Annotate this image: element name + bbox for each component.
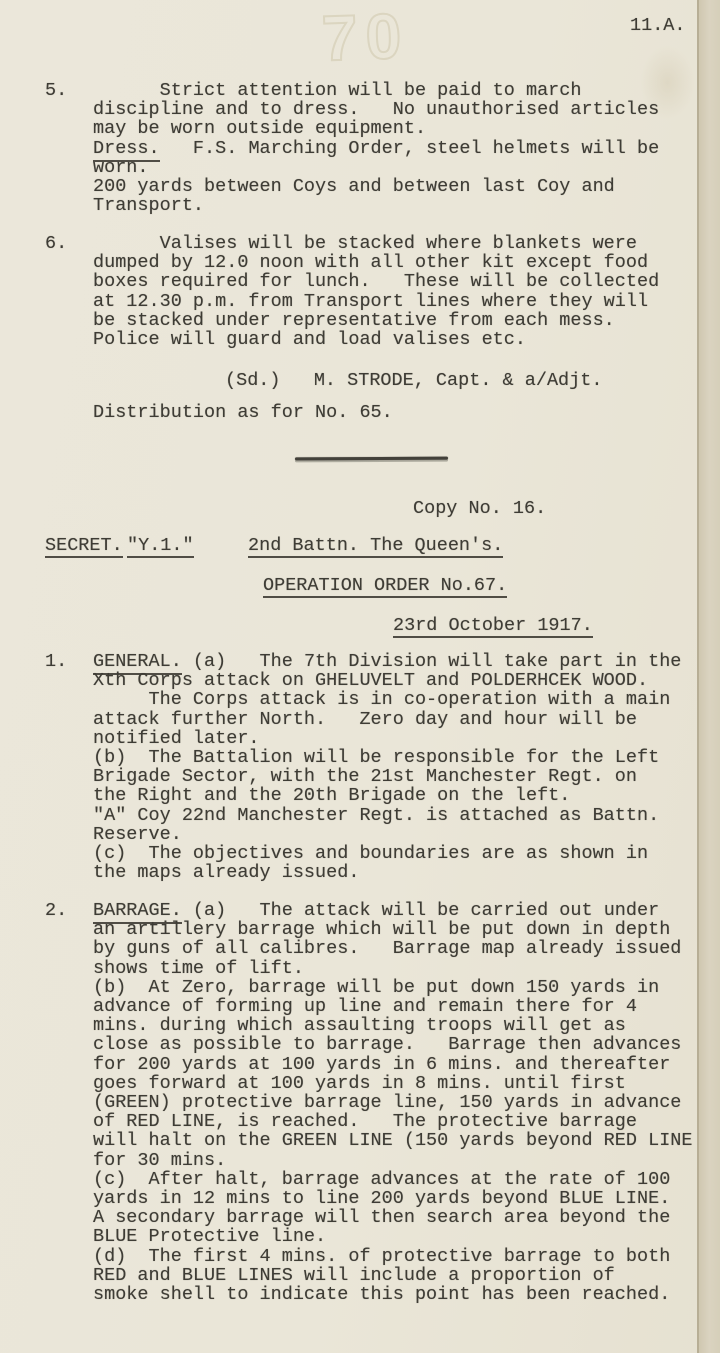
copy-number: Copy No. 16. <box>413 499 546 518</box>
paragraph-1-number: 1. <box>45 652 67 671</box>
embossed-watermark: 70 <box>321 0 411 75</box>
page-ref: 11.A. <box>630 16 686 35</box>
paragraph-5-body: Strict attention will be paid to march d… <box>93 81 659 215</box>
paragraph-1-text: (a) The 7th Division will take part in t… <box>93 651 681 883</box>
paragraph-6-body: Valises will be stacked where blankets w… <box>93 234 659 349</box>
paragraph-6-number: 6. <box>45 234 67 253</box>
paragraph-5-text-pre: Strict attention will be paid to march d… <box>93 80 659 139</box>
order-code-word: "Y.1." <box>127 536 194 558</box>
section-divider <box>295 457 448 461</box>
unit-title: 2nd Battn. The Queen's. <box>248 536 503 558</box>
paragraph-2-text: (a) The attack will be carried out under… <box>93 900 693 1305</box>
order-title: OPERATION ORDER No.67. <box>263 576 507 598</box>
paper-edge <box>697 0 720 1353</box>
paragraph-1-body: GENERAL. (a) The 7th Division will take … <box>93 652 681 882</box>
distribution-line: Distribution as for No. 65. <box>93 403 393 422</box>
paragraph-2-body: BARRAGE. (a) The attack will be carried … <box>93 901 693 1304</box>
paragraph-2-number: 2. <box>45 901 67 920</box>
paragraph-5-number: 5. <box>45 81 67 100</box>
classification-label: SECRET. <box>45 536 123 558</box>
document-page: { "document": { "page_ref": "11.A.", "co… <box>0 0 720 1353</box>
paragraph-5-text-post: F.S. Marching Order, steel helmets will … <box>93 138 659 217</box>
signature-line: (Sd.) M. STRODE, Capt. & a/Adjt. <box>225 371 602 390</box>
order-date: 23rd October 1917. <box>393 616 593 638</box>
